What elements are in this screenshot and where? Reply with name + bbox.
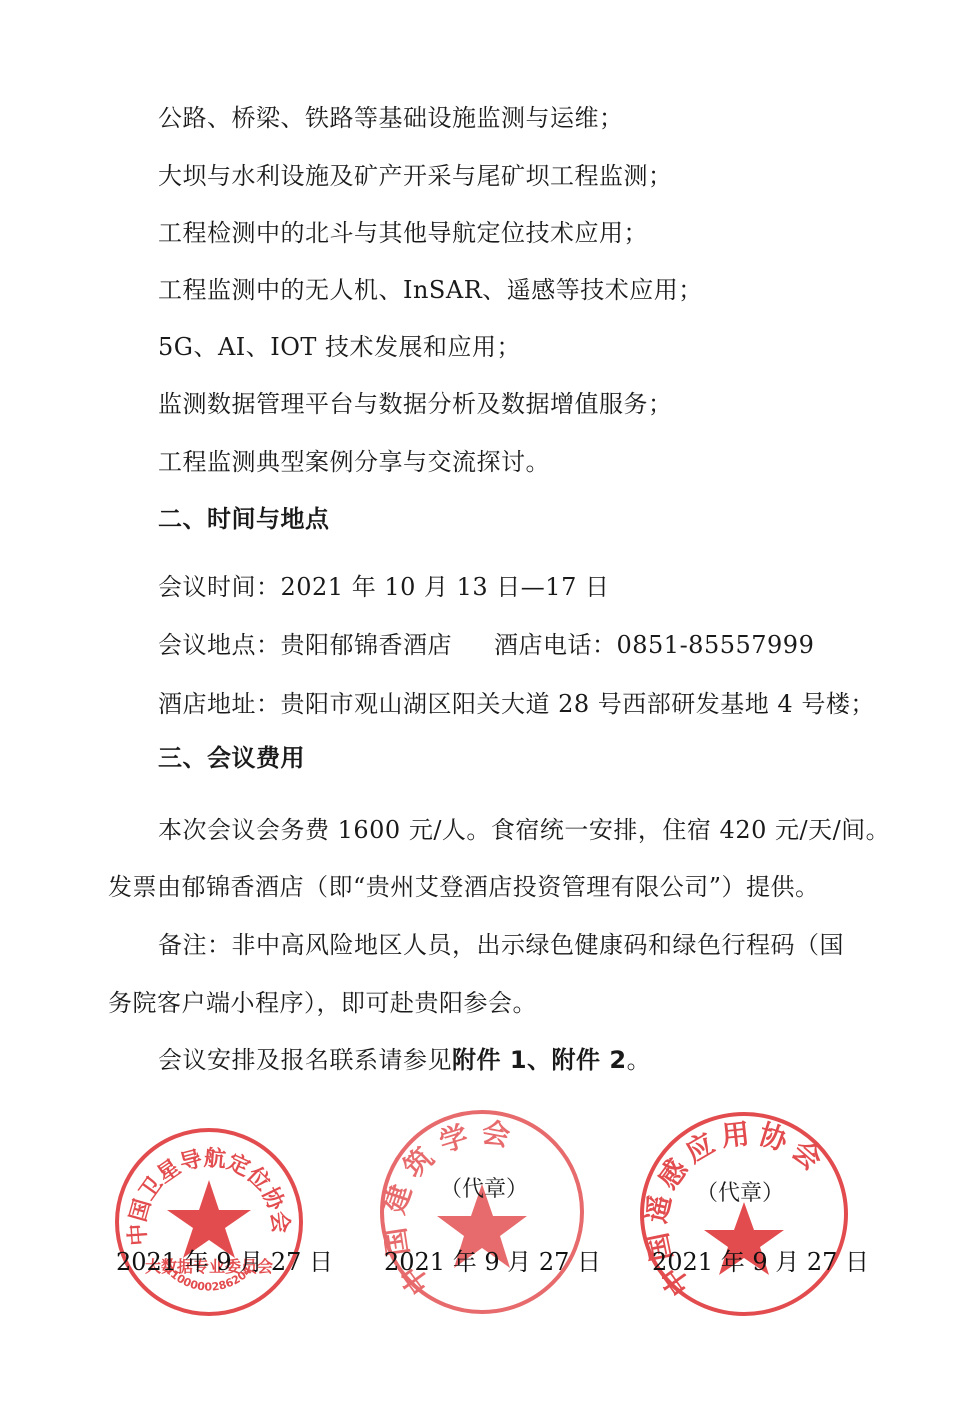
meeting-venue: 会议地点：贵阳郁锦香酒店 (158, 625, 452, 660)
proxy-seal-label: （代章） (440, 1172, 528, 1203)
topic-item: 监测数据管理平台与数据分析及数据增值服务； (158, 384, 673, 419)
proxy-seal-label: （代章） (696, 1176, 784, 1207)
attachment-reference: 会议安排及报名联系请参见附件 1、附件 2。 (158, 1040, 651, 1075)
reference-suffix: 。 (627, 1046, 652, 1074)
section-heading-time-place: 二、时间与地点 (158, 499, 330, 534)
official-seal-remote-sensing: 中国遥感应用协会 (640, 1112, 848, 1316)
topic-item: 公路、桥梁、铁路等基础设施监测与运维； (158, 98, 624, 133)
topic-item: 5G、AI、IOT 技术发展和应用； (158, 327, 521, 362)
meeting-time: 会议时间：2021 年 10 月 13 日—17 日 (158, 567, 609, 602)
topic-item: 大坝与水利设施及矿产开采与尾矿坝工程监测； (158, 156, 673, 191)
reference-prefix: 会议安排及报名联系请参见 (158, 1046, 452, 1074)
fee-text: 本次会议会务费 1600 元/人。食宿统一安排，住宿 420 元/天/间。 (158, 810, 890, 845)
attachment-links[interactable]: 附件 1、附件 2 (452, 1046, 627, 1074)
topic-item: 工程监测典型案例分享与交流探讨。 (158, 442, 550, 477)
hotel-phone: 酒店电话：0851-85557999 (494, 625, 814, 660)
official-seal-satellite-navigation: 中国卫星导航定位协会 大数据专业委员会 1100000286204 (115, 1128, 303, 1316)
signature-date: 2021 年 9 月 27 日 (652, 1242, 869, 1277)
invoice-text: 发票由郁锦香酒店（即“贵州艾登酒店投资管理有限公司”）提供。 (108, 867, 820, 902)
section-heading-fees: 三、会议费用 (158, 738, 305, 773)
note-text: 备注：非中高风险地区人员，出示绿色健康码和绿色行程码（国 (158, 925, 844, 960)
note-text-cont: 务院客户端小程序），即可赴贵阳参会。 (108, 983, 537, 1018)
topic-item: 工程监测中的无人机、InSAR、遥感等技术应用； (158, 270, 703, 305)
official-seal-architectural-society: 中国建筑学会 (380, 1110, 584, 1314)
hotel-address: 酒店地址：贵阳市观山湖区阳关大道 28 号西部研发基地 4 号楼； (158, 684, 875, 719)
signature-date: 2021 年 9 月 27 日 (116, 1242, 333, 1277)
topic-item: 工程检测中的北斗与其他导航定位技术应用； (158, 213, 648, 248)
signature-date: 2021 年 9 月 27 日 (384, 1242, 601, 1277)
